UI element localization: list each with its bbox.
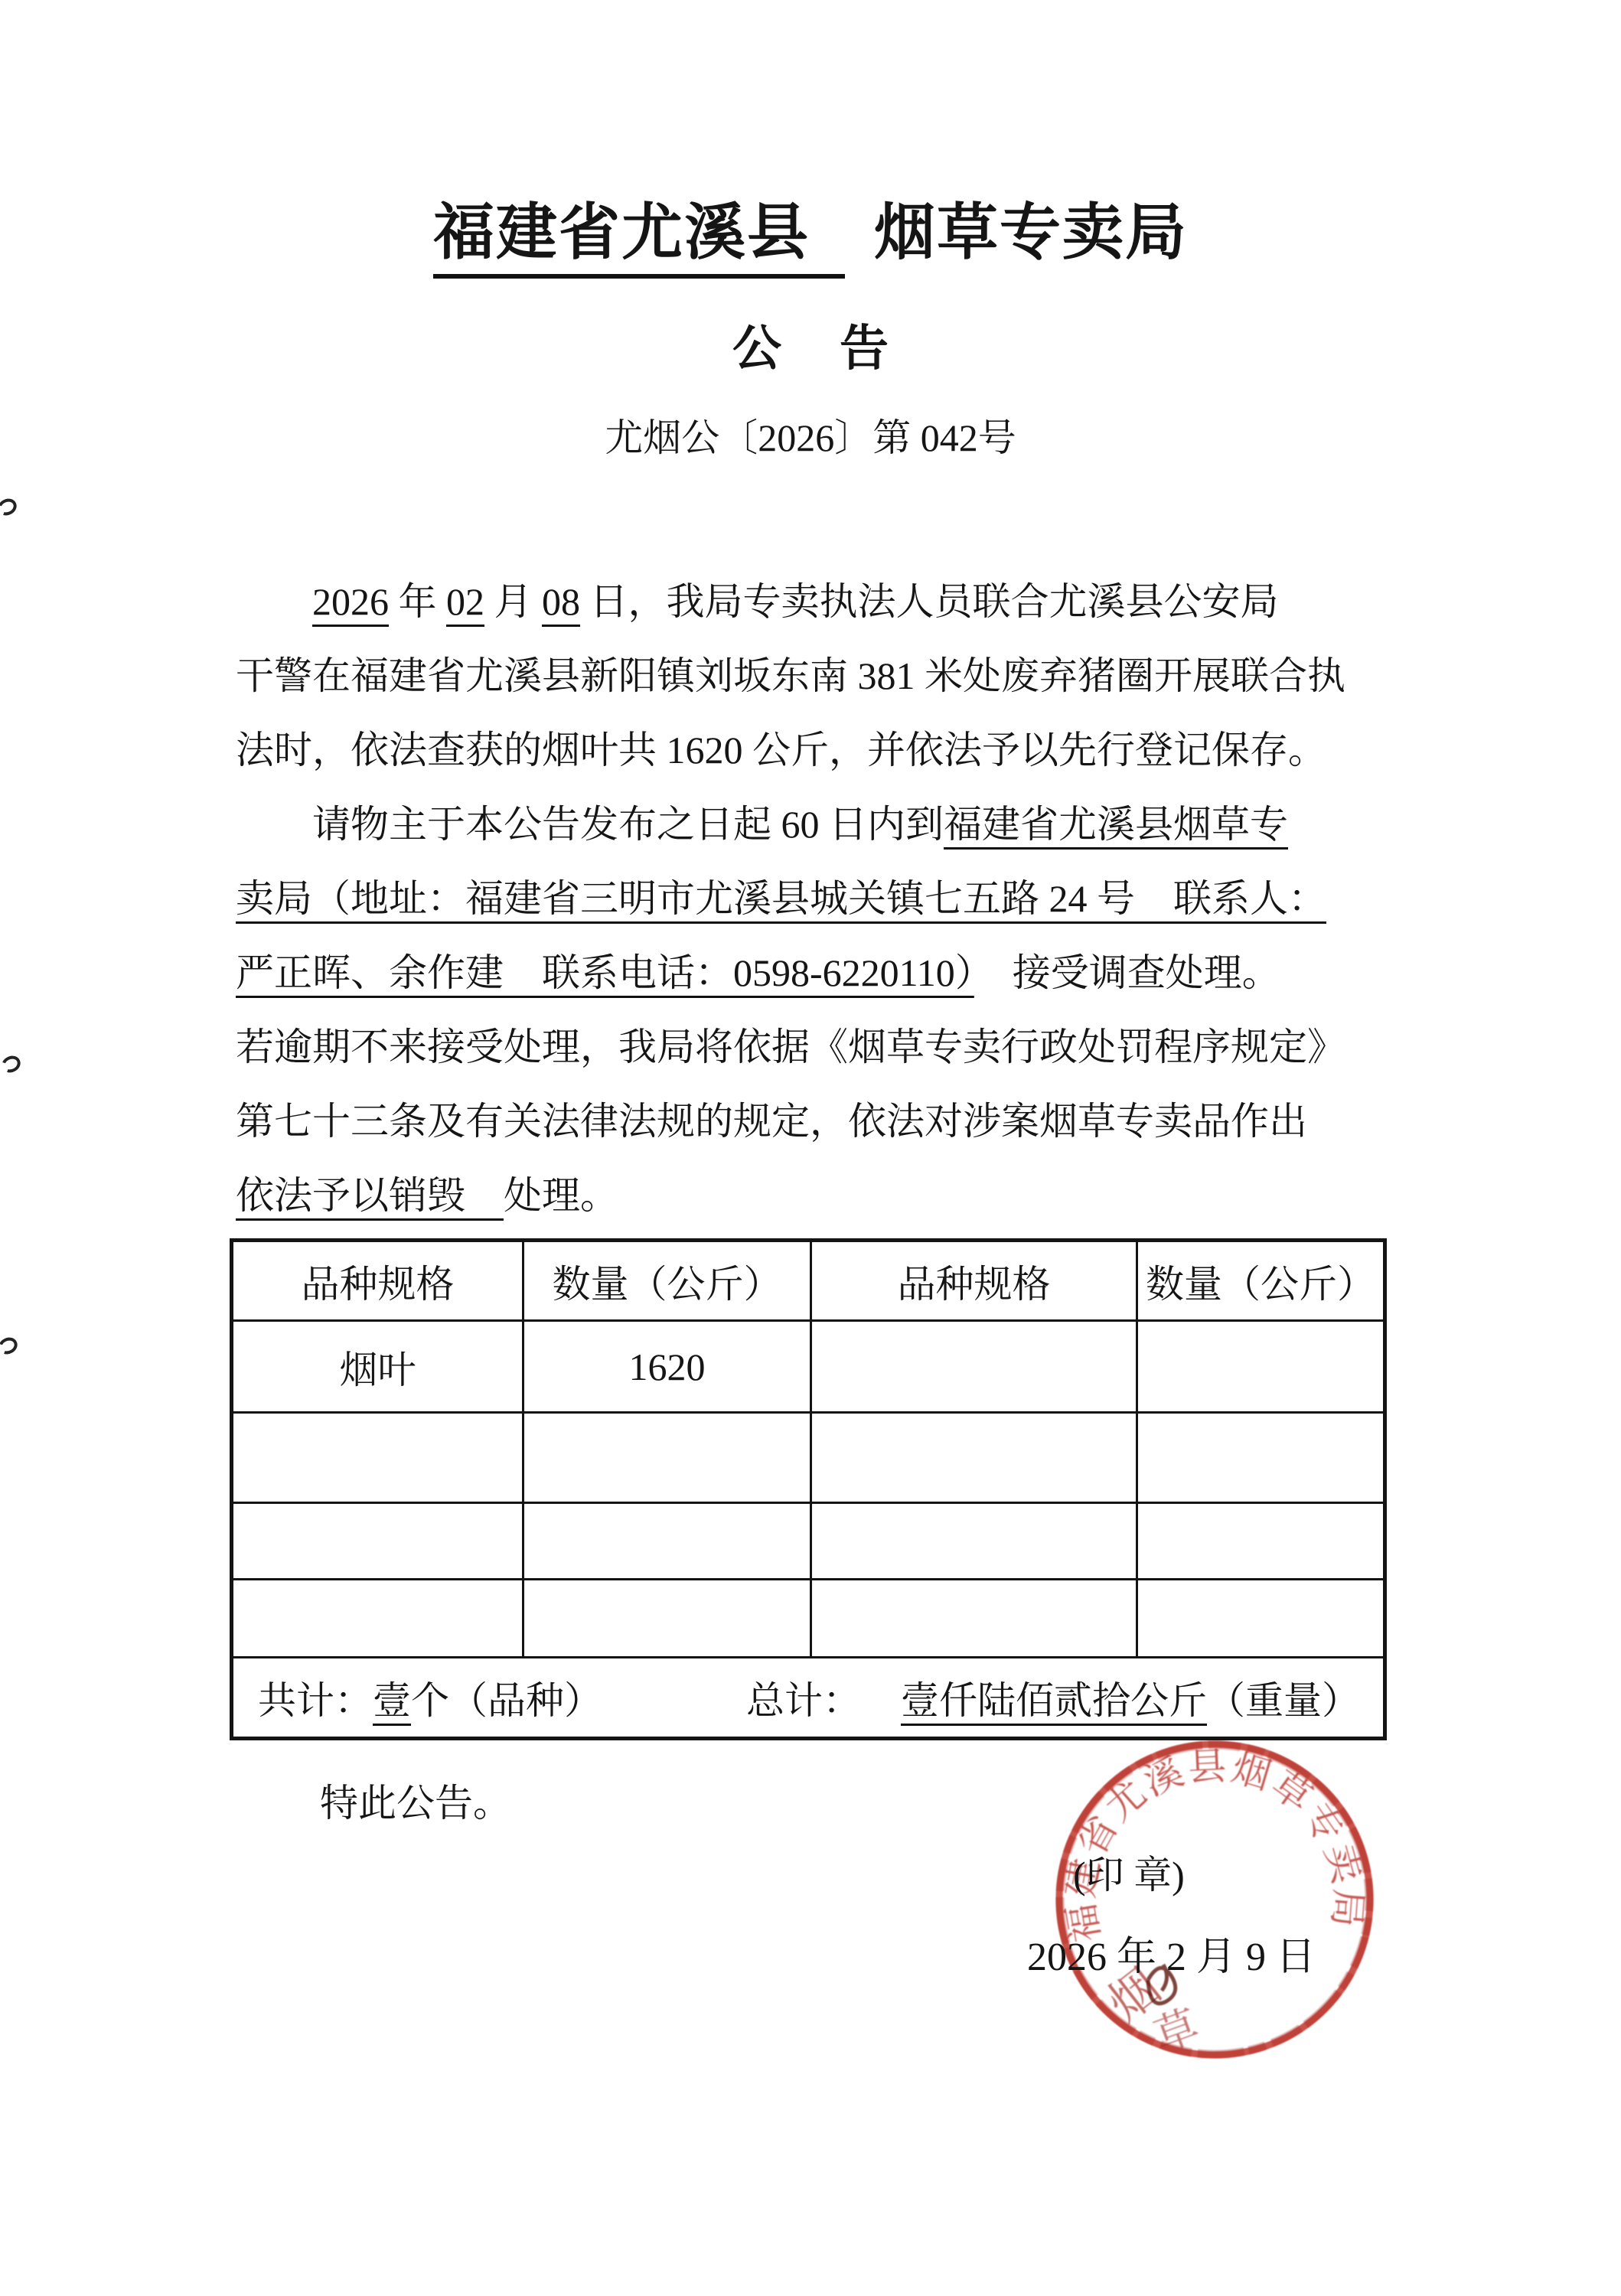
- notice-heading: 公告: [0, 309, 1621, 380]
- address-underlined: 卖局（地址：福建省三明市尤溪县城关镇七五路 24 号 联系人：: [236, 877, 1326, 920]
- table-cell-empty: [1138, 1414, 1383, 1504]
- body-line: 第七十三条及有关法律法规的规定，依法对涉案烟草专卖品作出: [236, 1084, 1387, 1159]
- notice-body: 2026 年 02 月 08 日，我局专卖执法人员联合尤溪县公安局 干警在福建省…: [236, 565, 1387, 1233]
- totals-weight-label: 总计：: [746, 1670, 861, 1725]
- table-cell-empty: [812, 1504, 1138, 1580]
- title-bureau-name-underlined: 福建省尤溪县: [433, 198, 845, 279]
- table-cell-empty: [812, 1322, 1138, 1414]
- totals-count-label: 共计：: [258, 1670, 373, 1725]
- seized-goods-table: 品种规格 数量（公斤） 品种规格 数量（公斤） 烟叶 1620 共计：壹个（品种…: [230, 1238, 1387, 1740]
- seal-placeholder-label: (印 章): [1073, 1844, 1185, 1900]
- table-cell-empty: [524, 1504, 812, 1580]
- table-totals-row: 共计：壹个（品种）总计：壹仟陆佰贰拾公斤（重量）: [233, 1658, 1383, 1737]
- table-cell-empty: [812, 1580, 1138, 1658]
- table-cell-empty: [524, 1580, 812, 1658]
- document-number: 尤烟公〔2026〕第 042号: [0, 407, 1621, 462]
- date-month: 02: [446, 580, 484, 623]
- totals-weight-value-underlined: 壹仟陆佰贰拾公斤: [901, 1670, 1207, 1725]
- scan-speck: [0, 496, 19, 519]
- scan-speck: [0, 1335, 20, 1358]
- table-header-cell: 品种规格: [812, 1242, 1138, 1322]
- body-line: 卖局（地址：福建省三明市尤溪县城关镇七五路 24 号 联系人：: [236, 862, 1387, 936]
- body-line: 若逾期不来接受处理，我局将依据《烟草专卖行政处罚程序规定》: [236, 1010, 1387, 1084]
- table-header-cell: 数量（公斤）: [524, 1242, 812, 1322]
- table-cell-empty: [233, 1580, 524, 1658]
- disposal-method-underlined: 依法予以销毁: [236, 1174, 504, 1217]
- body-text: 日，我局专卖执法人员联合尤溪县公安局: [580, 580, 1279, 623]
- table-header-cell: 数量（公斤）: [1138, 1242, 1383, 1322]
- closing-statement: 特此公告。: [320, 1773, 511, 1828]
- notice-heading-right-char: 告: [840, 321, 889, 376]
- table-cell-empty: [1138, 1322, 1383, 1414]
- body-line: 法时，依法查获的烟叶共 1620 公斤，并依法予以先行登记保存。: [236, 713, 1387, 788]
- totals-count-suffix: 个（品种）: [411, 1670, 602, 1725]
- table-cell-empty: [1138, 1504, 1383, 1580]
- table-header-cell: 品种规格: [233, 1242, 524, 1322]
- official-seal-stamp: 福建省尤溪县烟草专卖局 烟 草: [1050, 1735, 1379, 2064]
- table-cell-variety: 烟叶: [233, 1322, 524, 1414]
- table-cell-empty: [233, 1414, 524, 1504]
- issue-date: 2026 年 2 月 9 日: [1027, 1924, 1316, 1981]
- body-text: 年: [389, 580, 446, 623]
- bureau-name-underlined: 福建省尤溪县烟草专: [944, 803, 1288, 846]
- totals-count-value-underlined: 壹: [373, 1670, 411, 1725]
- body-line: 依法予以销毁 处理。: [236, 1159, 1387, 1233]
- notice-heading-left-char: 公: [732, 321, 781, 376]
- body-text: 请物主于本公告发布之日起 60 日内到: [312, 803, 944, 846]
- body-text: 接受调查处理。: [974, 951, 1280, 994]
- table-cell-quantity: 1620: [524, 1322, 812, 1414]
- document-title: 福建省尤溪县烟草专卖局: [0, 196, 1621, 269]
- body-text: 月: [484, 580, 542, 623]
- body-line: 2026 年 02 月 08 日，我局专卖执法人员联合尤溪县公安局: [236, 565, 1387, 639]
- body-line: 严正晖、余作建 联系电话：0598-6220110） 接受调查处理。: [236, 936, 1387, 1010]
- table-cell-empty: [524, 1414, 812, 1504]
- contact-phone-underlined: 严正晖、余作建 联系电话：0598-6220110）: [236, 951, 974, 994]
- totals-weight-suffix: （重量）: [1207, 1670, 1360, 1725]
- date-day: 08: [542, 580, 580, 623]
- table-cell-empty: [812, 1414, 1138, 1504]
- body-line: 请物主于本公告发布之日起 60 日内到福建省尤溪县烟草专: [236, 788, 1387, 862]
- scan-speck: [0, 1053, 23, 1076]
- table-cell-empty: [1138, 1580, 1383, 1658]
- date-year: 2026: [312, 580, 389, 623]
- body-line: 干警在福建省尤溪县新阳镇刘坂东南 381 米处废弃猪圈开展联合执: [236, 639, 1387, 713]
- notice-document-page: 福建省尤溪县烟草专卖局 公告 尤烟公〔2026〕第 042号 2026 年 02…: [0, 0, 1621, 2296]
- body-text: 处理。: [504, 1174, 618, 1217]
- title-bureau-suffix: 烟草专卖局: [874, 198, 1188, 266]
- table-cell-empty: [233, 1504, 524, 1580]
